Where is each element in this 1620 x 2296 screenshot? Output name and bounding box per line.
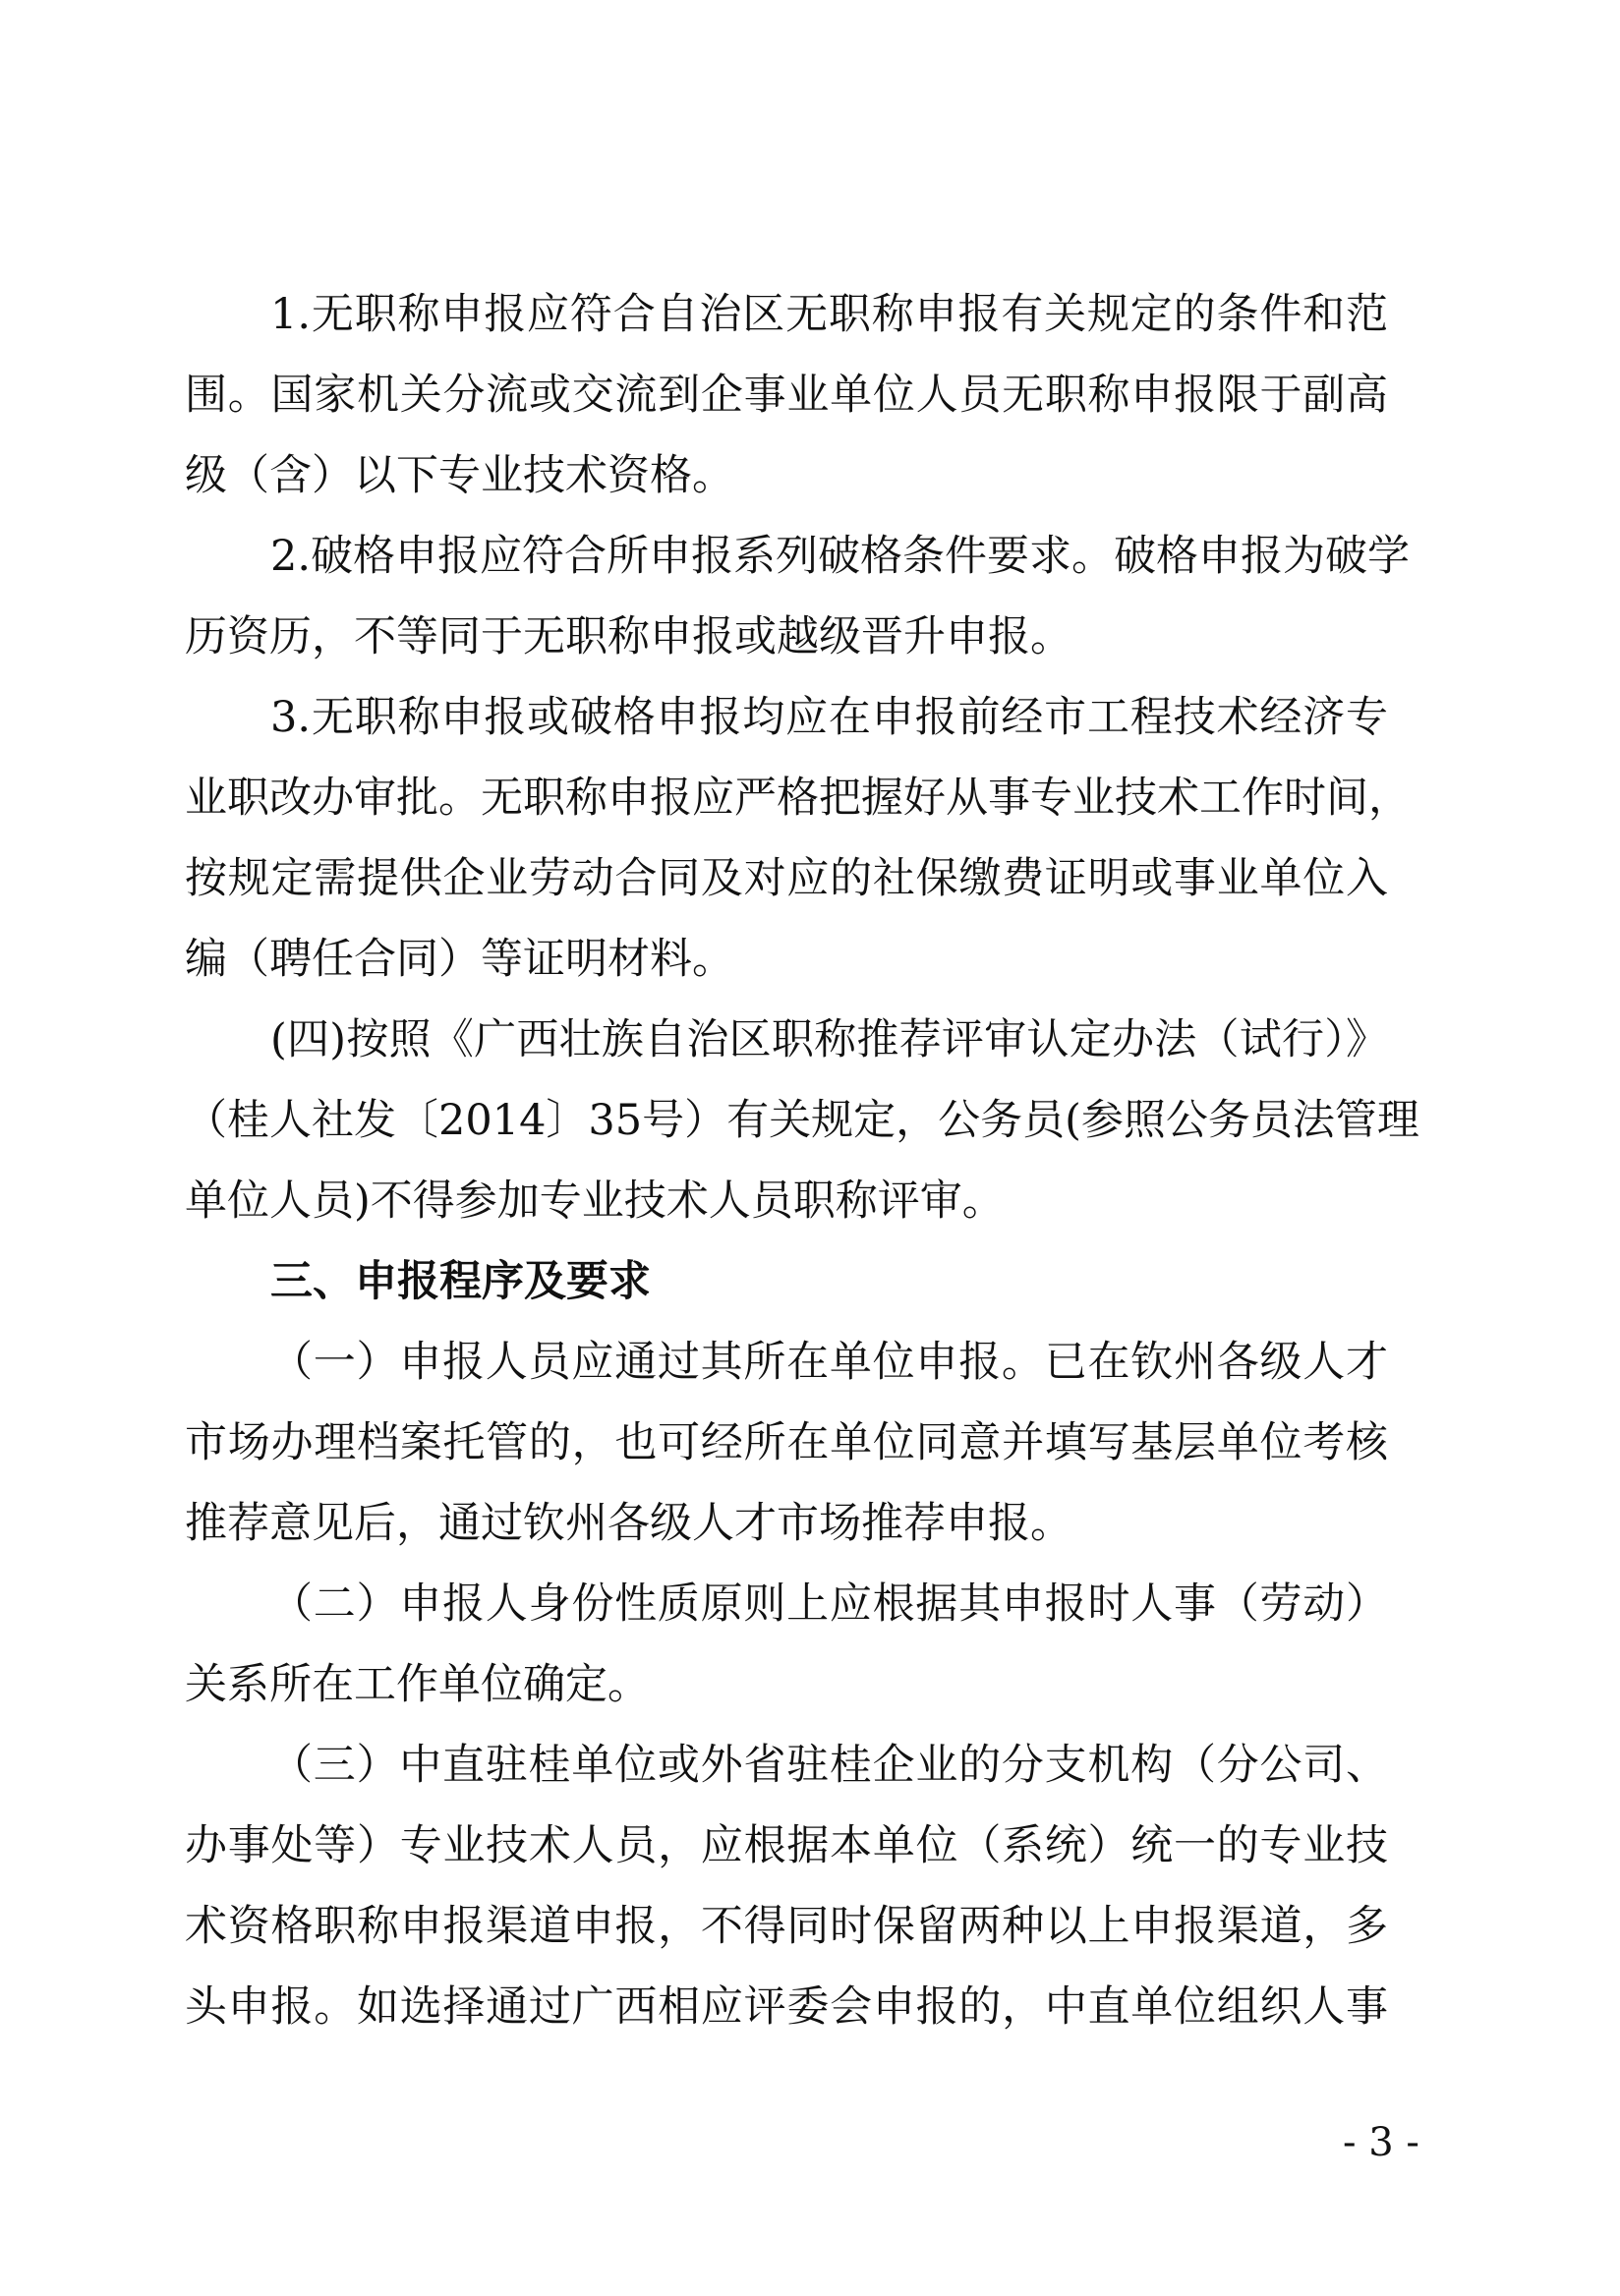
paragraph-3-line-4: 编（聘任合同）等证明材料。 <box>185 928 1388 991</box>
page-number: - 3 - <box>1317 2113 1445 2172</box>
paragraph-5-line-3: 推荐意见后，通过钦州各级人才市场推荐申报。 <box>185 1492 1388 1555</box>
paragraph-6-line-2: 关系所在工作单位确定。 <box>185 1653 1388 1716</box>
paragraph-5-line-2: 市场办理档案托管的，也可经所在单位同意并填写基层单位考核 <box>185 1411 1388 1474</box>
paragraph-2-line-2: 历资历，不等同于无职称申报或越级晋升申报。 <box>185 605 1388 668</box>
paragraph-3-line-2: 业职改办审批。无职称申报应严格把握好从事专业技术工作时间， <box>185 767 1388 830</box>
paragraph-7-line-3: 术资格职称申报渠道申报，不得同时保留两种以上申报渠道，多 <box>185 1895 1388 1958</box>
paragraph-1-line-1: 1.无职称申报应符合自治区无职称申报有关规定的条件和范 <box>270 283 1388 346</box>
paragraph-2-line-1: 2.破格申报应符合所申报系列破格条件要求。破格申报为破学 <box>270 525 1388 588</box>
paragraph-7-line-2: 办事处等）专业技术人员，应根据本单位（系统）统一的专业技 <box>185 1814 1388 1877</box>
paragraph-4-line-1: (四)按照《广西壮族自治区职称推荐评审认定办法（试行）》 <box>270 1008 1388 1071</box>
document-page: 1.无职称申报应符合自治区无职称申报有关规定的条件和范 围。国家机关分流或交流到… <box>0 0 1620 2296</box>
paragraph-3-line-1: 3.无职称申报或破格申报均应在申报前经市工程技术经济专 <box>270 686 1388 749</box>
paragraph-1-line-3: 级（含）以下专业技术资格。 <box>185 444 1388 507</box>
paragraph-3-line-3: 按规定需提供企业劳动合同及对应的社保缴费证明或事业单位入 <box>185 847 1388 910</box>
paragraph-7-line-4: 头申报。如选择通过广西相应评委会申报的，中直单位组织人事 <box>185 1976 1388 2038</box>
paragraph-4-line-2: （桂人社发〔2014〕35号）有关规定，公务员(参照公务员法管理 <box>185 1089 1388 1152</box>
paragraph-1-line-2: 围。国家机关分流或交流到企事业单位人员无职称申报限于副高 <box>185 364 1388 427</box>
paragraph-5-line-1: （一）申报人员应通过其所在单位申报。已在钦州各级人才 <box>270 1331 1388 1394</box>
paragraph-7-line-1: （三）中直驻桂单位或外省驻桂企业的分支机构（分公司、 <box>270 1734 1388 1797</box>
paragraph-4-line-3: 单位人员)不得参加专业技术人员职称评审。 <box>185 1170 1388 1233</box>
paragraph-6-line-1: （二）申报人身份性质原则上应根据其申报时人事（劳动） <box>270 1573 1388 1636</box>
section-heading-3: 三、申报程序及要求 <box>270 1250 1388 1313</box>
